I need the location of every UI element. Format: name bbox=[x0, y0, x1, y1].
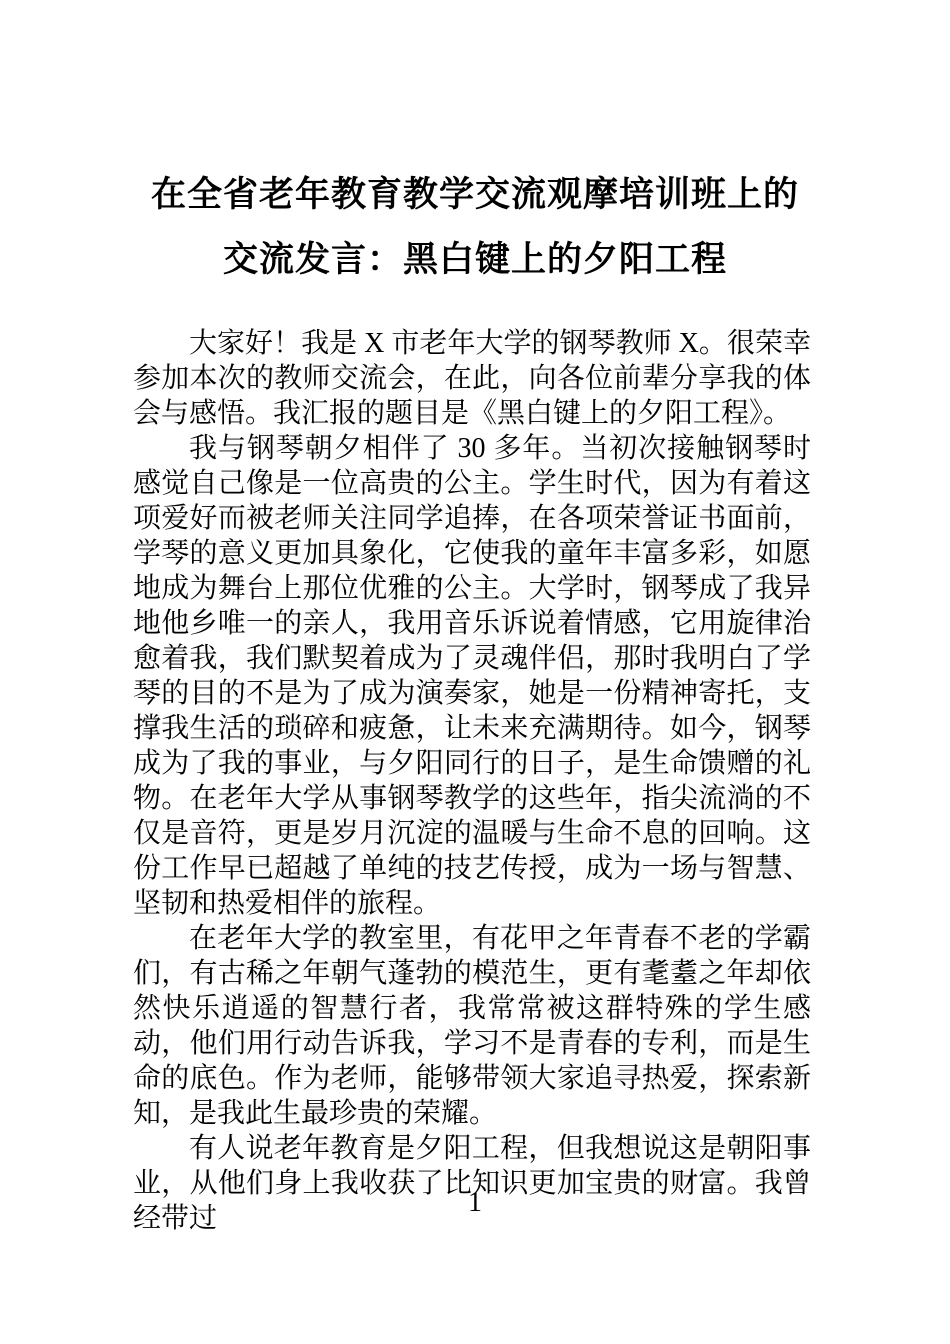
document-body: 大家好！我是 X 市老年大学的钢琴教师 X。很荣幸参加本次的教师交流会，在此，向… bbox=[133, 326, 811, 1236]
paragraph-piano-journey: 我与钢琴朝夕相伴了 30 多年。当初次接触钢琴时感觉自己像是一位高贵的公主。学生… bbox=[133, 431, 811, 921]
paragraph-greeting: 大家好！我是 X 市老年大学的钢琴教师 X。很荣幸参加本次的教师交流会，在此，向… bbox=[133, 326, 811, 431]
document-title-line-2: 交流发言：黑白键上的夕阳工程 bbox=[70, 227, 880, 292]
document-title-line-1: 在全省老年教育教学交流观摩培训班上的 bbox=[70, 162, 880, 227]
paragraph-classroom-students: 在老年大学的教室里，有花甲之年青春不老的学霸们，有古稀之年朝气蓬勃的模范生，更有… bbox=[133, 921, 811, 1131]
document-page: 在全省老年教育教学交流观摩培训班上的 交流发言：黑白键上的夕阳工程 大家好！我是… bbox=[0, 0, 950, 1344]
paragraph-sunrise-cause: 有人说老年教育是夕阳工程，但我想说这是朝阳事业，从他们身上我收获了比知识更加宝贵… bbox=[133, 1131, 811, 1236]
page-number: 1 bbox=[0, 1185, 950, 1220]
document-title: 在全省老年教育教学交流观摩培训班上的 交流发言：黑白键上的夕阳工程 bbox=[70, 162, 880, 292]
